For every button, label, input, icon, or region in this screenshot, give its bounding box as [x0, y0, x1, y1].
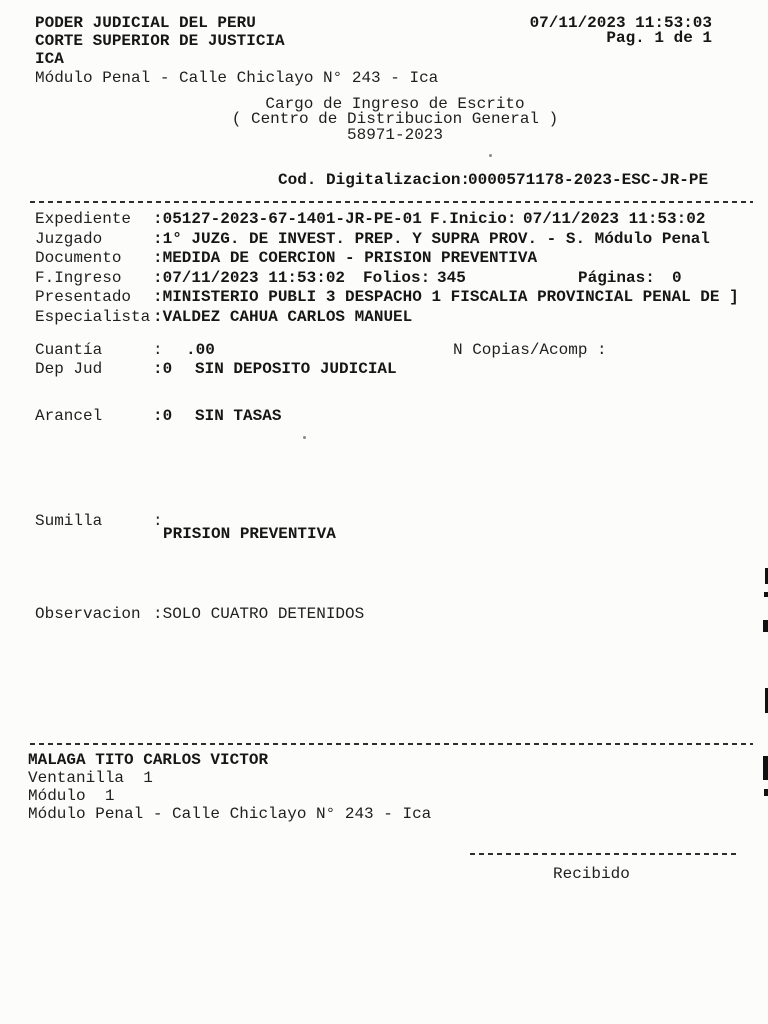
footer-clerk-name: MALAGA TITO CARLOS VICTOR: [28, 752, 268, 768]
field-finicio-label: F.Inicio:: [430, 211, 516, 227]
field-expediente-value: :05127-2023-67-1401-JR-PE-01: [153, 211, 422, 227]
digitalization-value: 0000571178-2023-ESC-JR-PE: [468, 172, 708, 188]
footer-ventanilla: Ventanilla 1: [28, 770, 153, 786]
field-observacion-value: :SOLO CUATRO DETENIDOS: [153, 606, 364, 622]
field-sumilla-value: PRISION PREVENTIVA: [163, 526, 336, 542]
scan-artifact: [763, 756, 768, 780]
field-arancel-label: Arancel: [35, 408, 102, 424]
field-sumilla-label: Sumilla: [35, 513, 102, 529]
field-documento-value: :MEDIDA DE COERCION - PRISION PREVENTIVA: [153, 250, 537, 266]
separator-line-top: [30, 201, 753, 203]
field-sumilla-colon: :: [153, 513, 163, 529]
field-especialista-value: :VALDEZ CAHUA CARLOS MANUEL: [153, 309, 412, 325]
field-fingreso-value: :07/11/2023 11:53:02: [153, 270, 345, 286]
scan-speck: [489, 154, 492, 157]
field-observacion-label: Observacion: [35, 606, 141, 622]
field-juzgado-value: :1° JUZG. DE INVEST. PREP. Y SUPRA PROV.…: [153, 231, 710, 247]
field-fingreso-label: F.Ingreso: [35, 270, 121, 286]
field-arancel-value: :0: [153, 408, 172, 424]
digitalization-label: Cod. Digitalizacion:: [278, 172, 470, 188]
recibido-label: Recibido: [553, 866, 630, 882]
field-depjud-detail: SIN DEPOSITO JUDICIAL: [195, 361, 397, 377]
field-presentado-value: :MINISTERIO PUBLI 3 DESPACHO 1 FISCALIA …: [153, 289, 739, 305]
scan-speck: [303, 436, 306, 439]
field-depjud-label: Dep Jud: [35, 361, 102, 377]
cargo-number: 58971-2023: [0, 127, 768, 143]
field-folios-label: Folios:: [363, 270, 430, 286]
scan-artifact: [763, 620, 768, 632]
field-arancel-detail: SIN TASAS: [195, 408, 281, 424]
document-page: PODER JUDICIAL DEL PERU CORTE SUPERIOR D…: [0, 0, 768, 1024]
field-documento-label: Documento: [35, 250, 121, 266]
doc-subtitle: ( Centro de Distribucion General ): [0, 111, 768, 127]
signature-line: [470, 853, 740, 855]
header-address: Módulo Penal - Calle Chiclayo N° 243 - I…: [35, 70, 438, 86]
field-presentado-label: Presentado: [35, 289, 131, 305]
field-folios-value: 345: [437, 270, 466, 286]
field-especialista-label: Especialista: [35, 309, 150, 325]
header-org-line1: PODER JUDICIAL DEL PERU: [35, 15, 256, 31]
field-finicio-value: 07/11/2023 11:53:02: [523, 211, 705, 227]
field-cuantia-value: .00: [186, 342, 215, 358]
field-depjud-value: :0: [153, 361, 172, 377]
scan-artifact: [764, 789, 768, 796]
header-org-line3: ICA: [35, 51, 64, 67]
field-paginas-value: 0: [672, 270, 682, 286]
separator-line-bottom: [30, 743, 753, 745]
scan-artifact: [764, 592, 768, 597]
footer-modulo: Módulo 1: [28, 788, 114, 804]
field-cuantia-colon: :: [153, 342, 163, 358]
field-paginas-label: Páginas:: [578, 270, 655, 286]
field-juzgado-label: Juzgado: [35, 231, 102, 247]
page-number: Pag. 1 de 1: [606, 30, 712, 46]
header-org-line2: CORTE SUPERIOR DE JUSTICIA: [35, 33, 285, 49]
field-expediente-label: Expediente: [35, 211, 131, 227]
field-ncopias-label: N Copias/Acomp :: [453, 342, 607, 358]
field-cuantia-label: Cuantía: [35, 342, 102, 358]
footer-address: Módulo Penal - Calle Chiclayo N° 243 - I…: [28, 806, 431, 822]
